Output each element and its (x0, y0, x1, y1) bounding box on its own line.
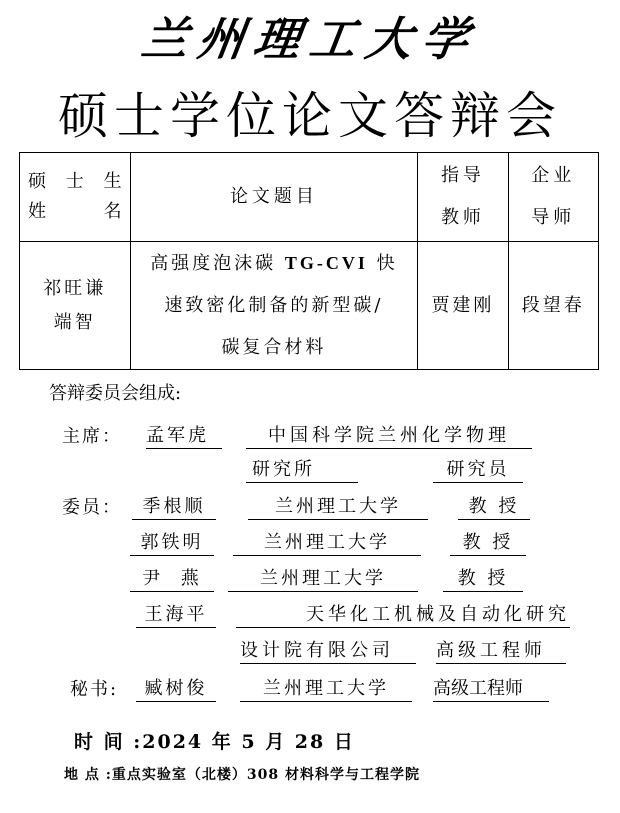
member-title: 教 授 (443, 567, 523, 592)
committee-heading: 答辩委员会组成: (49, 379, 181, 405)
header-thesis-title: 论文题目 (130, 153, 418, 242)
place-value: 重点实验室（北楼）308 材料科学与工程学院 (112, 767, 420, 783)
member-org-line1: 天华化工机械及自动化研究 (236, 603, 570, 628)
chair-org-line2: 研究所 (246, 458, 358, 483)
chair-label: 主席： (62, 425, 122, 449)
chair-title: 研究员 (433, 458, 523, 483)
thesis-title-cell: 高强度泡沫碳 TG-CVI 快 速致密化制备的新型碳/ 碳复合材料 (130, 242, 418, 370)
place-label: 地 点 : (64, 767, 112, 783)
member-org-line2: 设计院有限公司 (240, 639, 416, 664)
member-org: 兰州理工大学 (233, 531, 421, 556)
header-student-name: 硕 士 生 姓 名 (20, 153, 131, 242)
advisor-cell: 贾建刚 (418, 242, 508, 370)
header-char: 士 (66, 167, 84, 197)
industry-advisor-cell: 段望春 (508, 242, 598, 370)
member-title: 教 授 (458, 495, 530, 520)
header-char: 生 (104, 167, 122, 197)
secretary-org: 兰州理工大学 (240, 677, 412, 702)
table-row: 祁旺谦 端智 高强度泡沫碳 TG-CVI 快 速致密化制备的新型碳/ 碳复合材料… (20, 242, 599, 370)
header-char: 姓 (28, 197, 46, 227)
header-label: 论文题目 (230, 186, 318, 207)
secretary-name: 臧树俊 (136, 677, 216, 702)
thesis-text: 快 (368, 253, 398, 274)
thesis-line: 碳复合材料 (131, 327, 418, 369)
student-name: 祁旺谦 (20, 272, 130, 306)
member-name: 郭铁明 (130, 531, 214, 556)
defense-place: 地 点 :重点实验室（北楼）308 材料科学与工程学院 (64, 764, 420, 784)
secretary-title: 高级工程师 (433, 677, 549, 702)
header-label: 导师 (509, 197, 598, 239)
student-name-cell: 祁旺谦 端智 (20, 242, 131, 370)
thesis-text-bold: TG-CVI (285, 253, 368, 273)
member-name: 尹 燕 (130, 567, 214, 592)
time-value: 2024 年 5 月 28 日 (142, 731, 355, 753)
header-advisor: 指导 教师 (418, 153, 508, 242)
defense-info-table: 硕 士 生 姓 名 论文题目 指导 教师 企业 导师 祁旺谦 端智 高强度泡沫碳… (19, 152, 599, 370)
chair-name: 孟军虎 (146, 424, 222, 449)
industry-advisor-name: 段望春 (522, 295, 585, 316)
chair-org-line1: 中国科学院兰州化学物理 (246, 424, 532, 449)
student-name: 端智 (20, 306, 130, 340)
member-title: 高级工程师 (436, 639, 566, 664)
header-label: 企业 (509, 155, 598, 197)
defense-time: 时 间 :2024 年 5 月 28 日 (74, 727, 355, 754)
member-org: 兰州理工大学 (228, 567, 418, 592)
members-label: 委员： (62, 496, 122, 520)
secretary-label: 秘书: (70, 678, 118, 702)
header-label: 指导 (418, 155, 507, 197)
time-label: 时 间 : (74, 731, 142, 753)
header-label: 教师 (418, 197, 507, 239)
page-title: 硕士学位论文答辩会 (0, 84, 620, 148)
member-name: 王海平 (136, 603, 216, 628)
thesis-line: 高强度泡沫碳 TG-CVI 快 (131, 242, 418, 285)
header-char: 硕 (28, 167, 46, 197)
advisor-name: 贾建刚 (431, 295, 494, 316)
member-org: 兰州理工大学 (248, 495, 428, 520)
university-logo: 兰州理工大学 (0, 4, 620, 74)
header-industry-advisor: 企业 导师 (508, 153, 598, 242)
table-header-row: 硕 士 生 姓 名 论文题目 指导 教师 企业 导师 (20, 153, 599, 242)
member-title: 教 授 (450, 531, 526, 556)
member-name: 季根顺 (132, 495, 216, 520)
header-char: 名 (104, 197, 122, 227)
thesis-line: 速致密化制备的新型碳/ (131, 285, 418, 327)
thesis-text: 高强度泡沫碳 (150, 253, 285, 274)
